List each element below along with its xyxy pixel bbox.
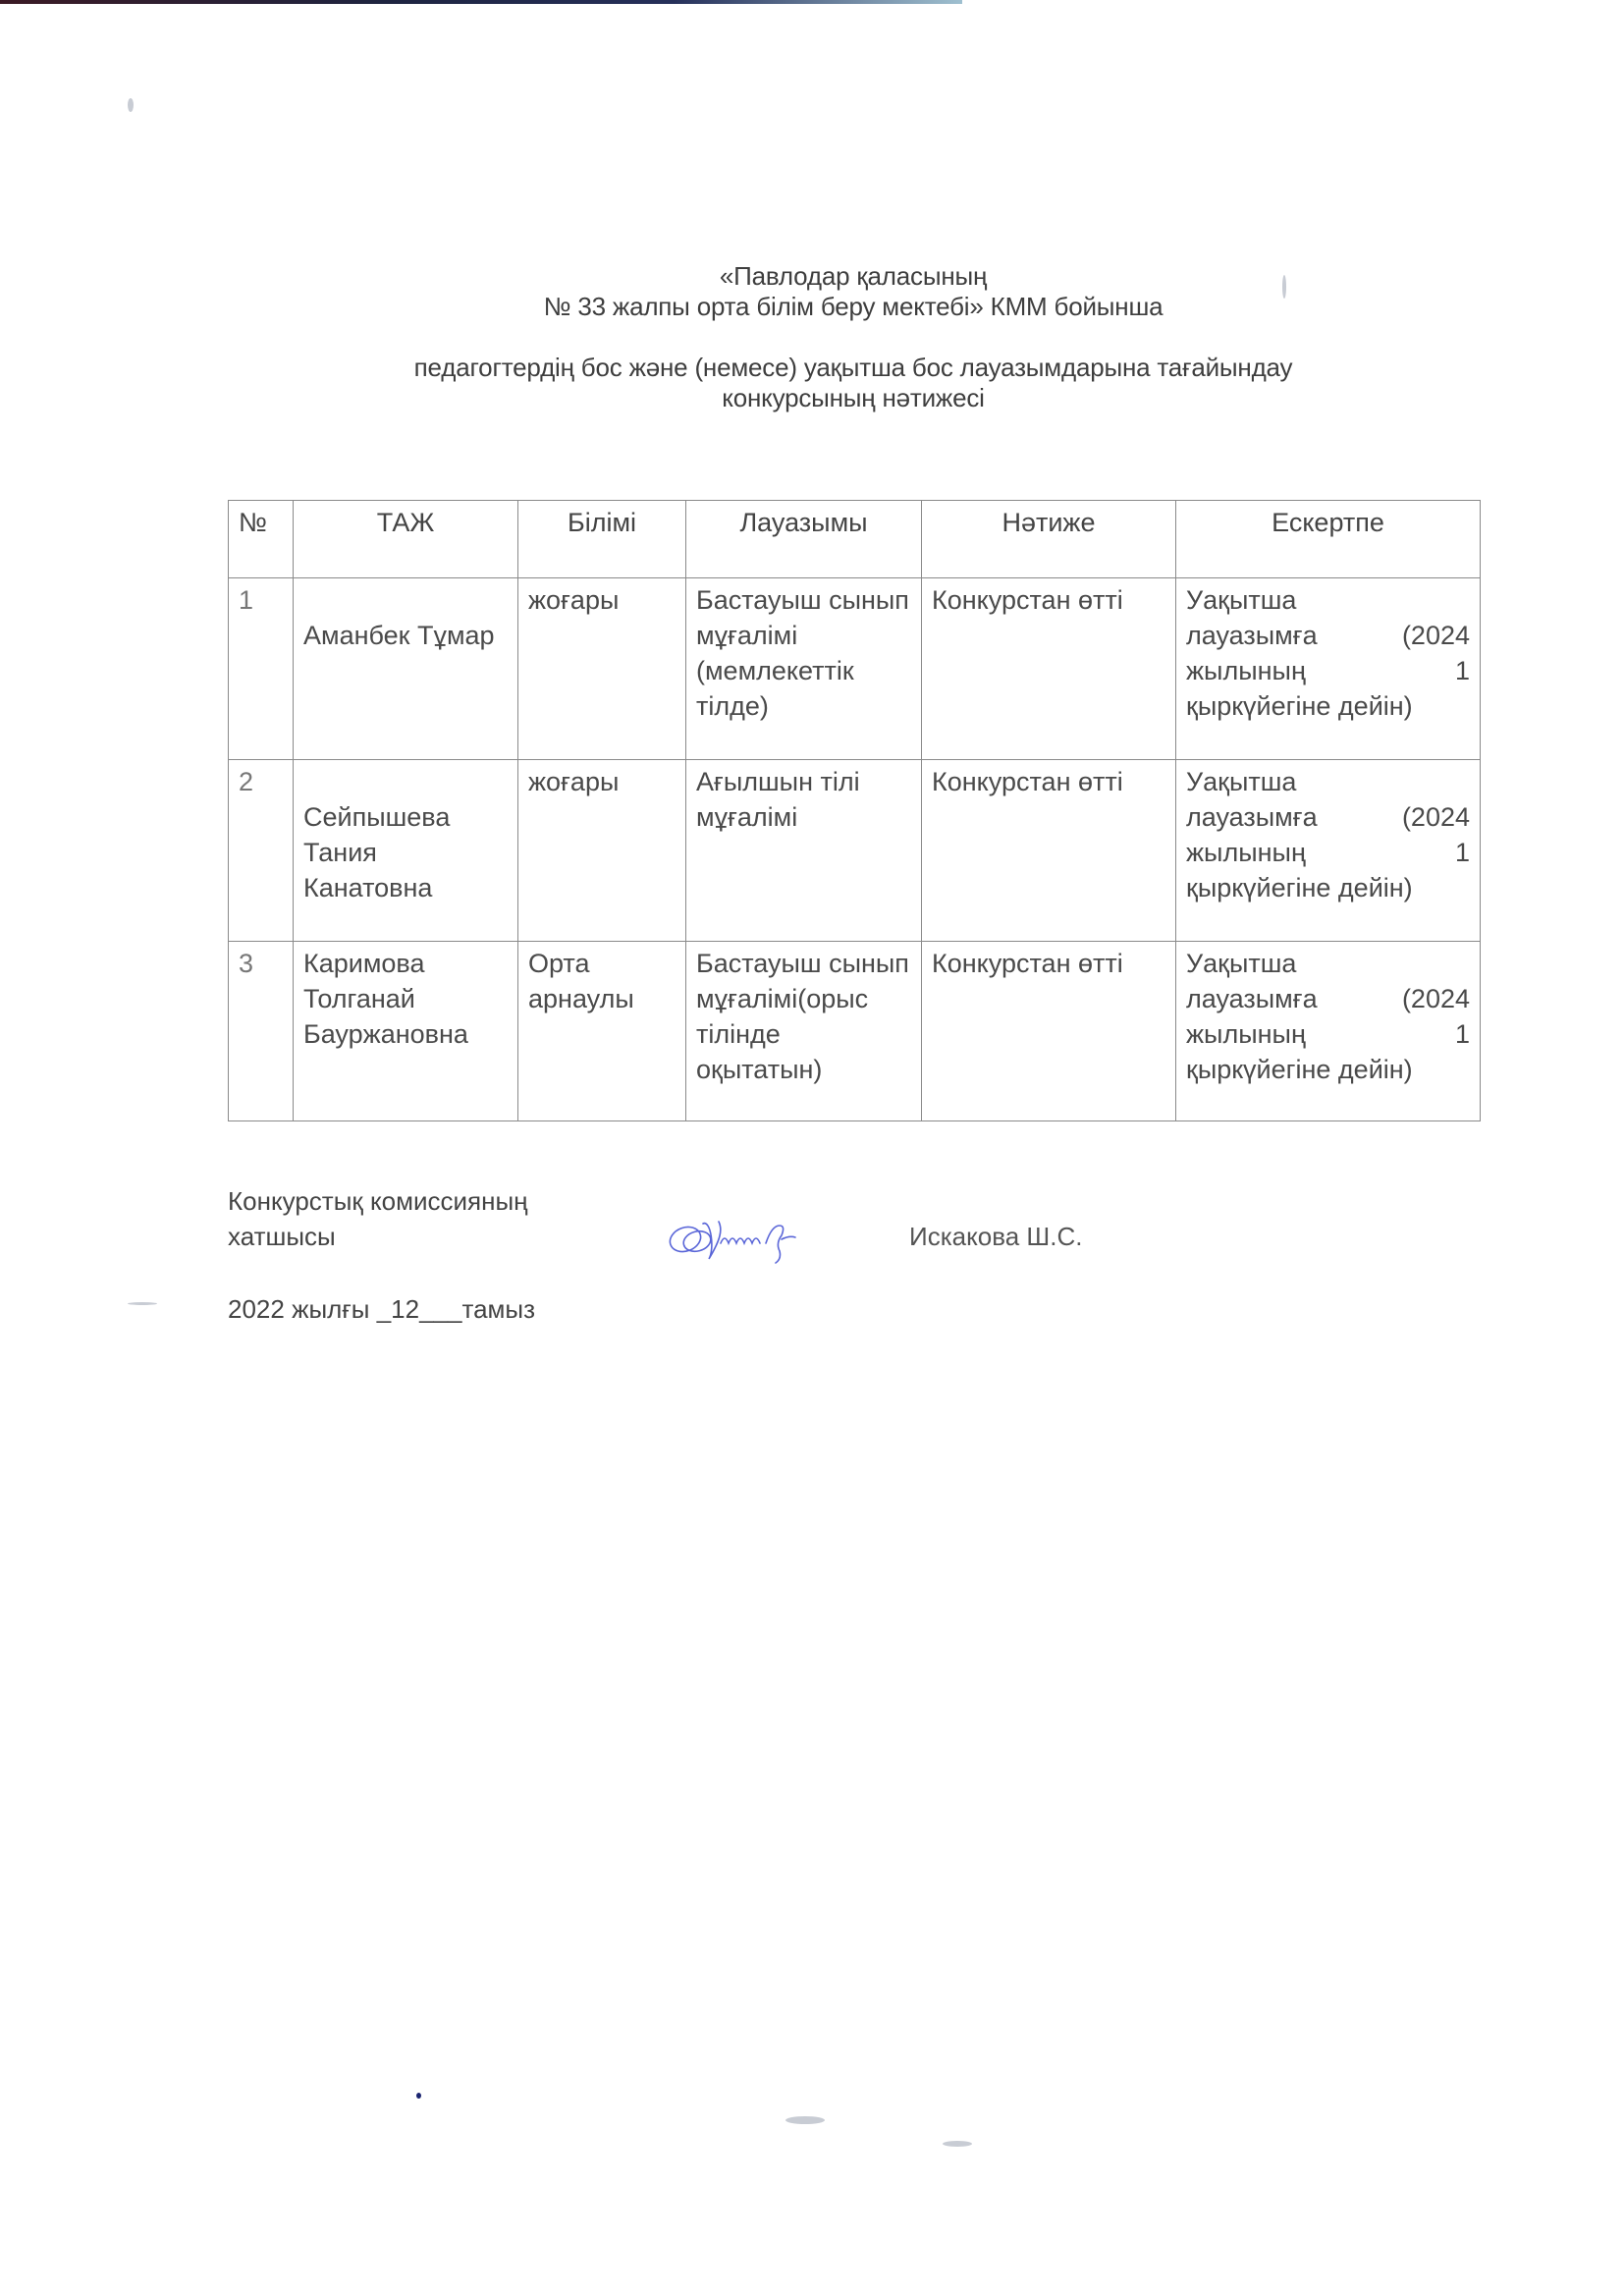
signer-name: Искакова Ш.С.	[909, 1222, 1082, 1252]
note-word: 1	[1455, 835, 1470, 870]
note-line: жылының1	[1186, 1016, 1470, 1052]
candidate-name: Аманбек Тұмар	[303, 582, 508, 653]
cell-position: Бастауыш сынып мұғалімі(орыс тілінде оқы…	[686, 942, 922, 1121]
note-word: лауазымға	[1186, 981, 1318, 1016]
cell-education: Орта арнаулы	[518, 942, 686, 1121]
commission-role-line-1: Конкурстық комиссияның	[228, 1186, 528, 1217]
scan-edge-artifact	[0, 0, 962, 4]
note-line: жылының1	[1186, 835, 1470, 870]
cell-name: Сейпышева Тания Канатовна	[294, 760, 518, 942]
note-line: қыркүйегіне дейін)	[1186, 1052, 1470, 1087]
scan-speck	[416, 2093, 421, 2099]
header-num: №	[229, 501, 294, 578]
table-row: 2 Сейпышева Тания Канатовна жоғары Ағылш…	[229, 760, 1481, 942]
cell-note: Уақытша лауазымға(2024 жылының1 қыркүйег…	[1176, 578, 1481, 760]
cell-note: Уақытша лауазымға(2024 жылының1 қыркүйег…	[1176, 760, 1481, 942]
note-word: 1	[1455, 653, 1470, 688]
note-word: жылының	[1186, 653, 1306, 688]
commission-role-line-2: хатшысы	[228, 1222, 336, 1252]
note-word: (2024	[1402, 618, 1470, 653]
signature-icon	[664, 1210, 831, 1269]
note-word: (2024	[1402, 981, 1470, 1016]
document-date: 2022 жылғы _12___тамыз	[228, 1294, 535, 1325]
note-word: жылының	[1186, 835, 1306, 870]
cell-result: Конкурстан өтті	[922, 760, 1176, 942]
results-table: № ТАЖ Білімі Лауазымы Нәтиже Ескертпе 1 …	[228, 500, 1481, 1121]
title-line-1: «Павлодар қаласының	[228, 261, 1479, 292]
note-line: қыркүйегіне дейін)	[1186, 688, 1470, 724]
header-position: Лауазымы	[686, 501, 922, 578]
table-row: 3 Каримова Толганай Бауржановна Орта арн…	[229, 942, 1481, 1121]
candidate-name: Сейпышева Тания Канатовна	[303, 764, 508, 905]
scan-speck	[128, 1302, 157, 1305]
cell-num: 2	[229, 760, 294, 942]
cell-result: Конкурстан өтті	[922, 578, 1176, 760]
note-word: жылының	[1186, 1016, 1306, 1052]
header-result: Нәтиже	[922, 501, 1176, 578]
title-line-2: № 33 жалпы орта білім беру мектебі» КММ …	[228, 292, 1479, 322]
header-name: ТАЖ	[294, 501, 518, 578]
note-line: лауазымға(2024	[1186, 981, 1470, 1016]
cell-num: 1	[229, 578, 294, 760]
cell-position: Бастауыш сынып мұғалімі (мемлекеттік тіл…	[686, 578, 922, 760]
scan-speck	[943, 2141, 972, 2147]
cell-num: 3	[229, 942, 294, 1121]
note-line: жылының1	[1186, 653, 1470, 688]
note-word: лауазымға	[1186, 799, 1318, 835]
note-line: Уақытша	[1186, 946, 1470, 981]
cell-result: Конкурстан өтті	[922, 942, 1176, 1121]
scan-speck	[1282, 275, 1286, 299]
header-education: Білімі	[518, 501, 686, 578]
note-line: қыркүйегіне дейін)	[1186, 870, 1470, 905]
note-line: Уақытша	[1186, 582, 1470, 618]
header-note: Ескертпе	[1176, 501, 1481, 578]
note-line: лауазымға(2024	[1186, 618, 1470, 653]
note-word: (2024	[1402, 799, 1470, 835]
scan-speck	[785, 2116, 825, 2124]
note-line: Уақытша	[1186, 764, 1470, 799]
scan-speck	[128, 98, 134, 112]
cell-education: жоғары	[518, 578, 686, 760]
document-title: «Павлодар қаласының № 33 жалпы орта білі…	[228, 261, 1479, 413]
note-word: лауазымға	[1186, 618, 1318, 653]
table-row: 1 Аманбек Тұмар жоғары Бастауыш сынып мұ…	[229, 578, 1481, 760]
cell-name: Каримова Толганай Бауржановна	[294, 942, 518, 1121]
note-word: 1	[1455, 1016, 1470, 1052]
title-line-3: педагогтердің бос және (немесе) уақытша …	[228, 353, 1479, 383]
note-line: лауазымға(2024	[1186, 799, 1470, 835]
title-line-4: конкурсының нәтижесі	[228, 383, 1479, 413]
cell-position: Ағылшын тілі мұғалімі	[686, 760, 922, 942]
cell-education: жоғары	[518, 760, 686, 942]
table-header-row: № ТАЖ Білімі Лауазымы Нәтиже Ескертпе	[229, 501, 1481, 578]
cell-name: Аманбек Тұмар	[294, 578, 518, 760]
cell-note: Уақытша лауазымға(2024 жылының1 қыркүйег…	[1176, 942, 1481, 1121]
